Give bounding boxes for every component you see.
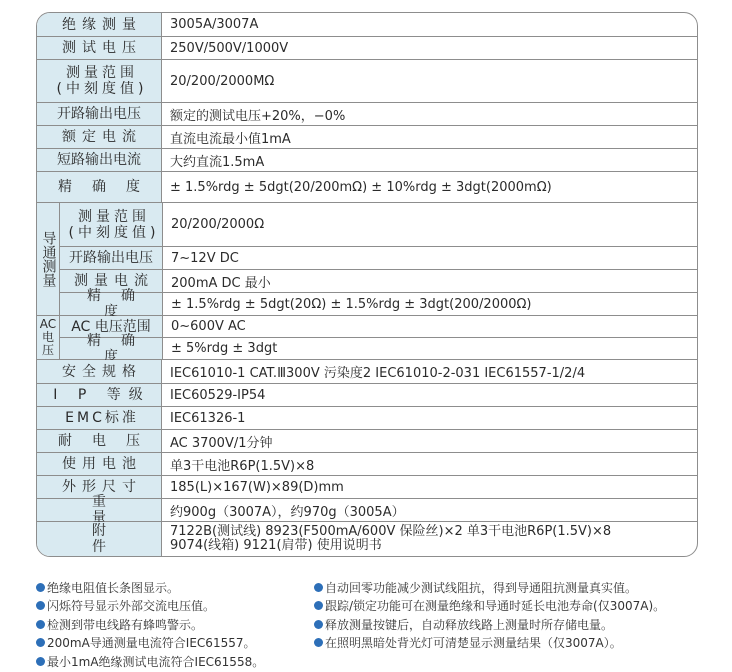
feature-item: 跟踪/锁定功能可在测量绝缘和导通时延长电池寿命(仅3007A)。 — [314, 597, 665, 616]
spec-value: 大约直流1.5mA — [162, 149, 697, 171]
spec-label: 绝缘测量 — [37, 13, 162, 36]
spec-label: 重量 — [37, 499, 162, 521]
continuity-group-rows: 测量范围 (中刻度值) 20/200/2000Ω 开路输出电压 7~12V DC… — [60, 203, 697, 315]
spec-value: 单3干电池R6P(1.5V)×8 — [162, 453, 697, 475]
spec-label: 耐电压 — [37, 430, 162, 452]
continuity-group-label: 导通测量 — [37, 203, 60, 315]
feature-item: 闪烁符号显示外部交流电压值。 — [36, 597, 264, 616]
feature-item: 最小1mA绝缘测试电流符合IEC61558。 — [36, 652, 264, 671]
spec-row-open-voltage: 开路输出电压 额定的测试电压+20%，−0% — [37, 102, 697, 125]
spec-row-test-voltage: 测试电压 250V/500V/1000V — [37, 36, 697, 59]
feature-item: 200mA导通测量电流符合IEC61557。 — [36, 634, 264, 653]
feature-text: 跟踪/锁定功能可在测量绝缘和导通时延长电池寿命(仅3007A)。 — [325, 597, 665, 614]
spec-value: 250V/500V/1000V — [162, 37, 697, 59]
spec-row-ac-accuracy: 精确度 ± 5%rdg ± 3dgt — [60, 337, 697, 359]
spec-label: 使用电池 — [37, 453, 162, 475]
bullet-dot-icon — [36, 638, 45, 647]
spec-value: 3005A/3007A — [162, 13, 697, 36]
feature-item: 自动回零功能减少测试线阻抗，得到导通阻抗测量真实值。 — [314, 578, 665, 597]
feature-item: 释放测量按键后，自动释放线路上测量时所存储电量。 — [314, 615, 665, 634]
bullet-dot-icon — [314, 620, 323, 629]
spec-value-line1: 7122B(测试线) 8923(F500mA/600V 保险丝)×2 单3干电池… — [170, 525, 611, 539]
spec-value: ± 1.5%rdg ± 5dgt(20/200mΩ) ± 10%rdg ± 3d… — [162, 172, 697, 202]
spec-label-line2: (中刻度值) — [69, 225, 160, 241]
spec-label: 额定电流 — [37, 126, 162, 148]
spec-row-range: 测量范围 (中刻度值) 20/200/2000MΩ — [37, 59, 697, 102]
feature-text: 200mA导通测量电流符合IEC61557。 — [47, 634, 255, 651]
feature-text: 绝缘电阻值长条图显示。 — [47, 579, 179, 596]
spec-row-short-current: 短路输出电流 大约直流1.5mA — [37, 148, 697, 171]
spec-row-cont-accuracy: 精确度 ± 1.5%rdg ± 5dgt(20Ω) ± 1.5%rdg ± 3d… — [60, 292, 697, 315]
spec-row-rated-current: 额定电流 直流电流最小值1mA — [37, 125, 697, 148]
spec-row-battery: 使用电池 单3干电池R6P(1.5V)×8 — [37, 452, 697, 475]
spec-row-accessories: 附件 7122B(测试线) 8923(F500mA/600V 保险丝)×2 单3… — [37, 521, 697, 556]
spec-value: 185(L)×167(W)×89(D)mm — [162, 476, 697, 498]
feature-list-left: 绝缘电阻值长条图显示。 闪烁符号显示外部交流电压值。 检测到带电线路有蜂鸣警示。… — [36, 578, 264, 671]
spec-table: 绝缘测量 3005A/3007A 测试电压 250V/500V/1000V 测量… — [36, 12, 698, 557]
spec-value: ± 5%rdg ± 3dgt — [163, 338, 697, 359]
spec-label: 精确度 — [37, 172, 162, 202]
spec-row-accuracy: 精确度 ± 1.5%rdg ± 5dgt(20/200mΩ) ± 10%rdg … — [37, 171, 697, 202]
spec-value: 20/200/2000MΩ — [162, 60, 697, 102]
spec-row-cont-range: 测量范围 (中刻度值) 20/200/2000Ω — [60, 203, 697, 246]
feature-item: 检测到带电线路有蜂鸣警示。 — [36, 615, 264, 634]
feature-text: 检测到带电线路有蜂鸣警示。 — [47, 616, 203, 633]
spec-label: 精确度 — [60, 338, 163, 359]
spec-label: 测量范围 (中刻度值) — [60, 203, 163, 246]
spec-label: 安全规格 — [37, 360, 162, 383]
spec-label: I P 等级 — [37, 384, 162, 406]
feature-text: 在照明黑暗处背光灯可清楚显示测量结果（仅3007A）。 — [325, 634, 622, 651]
spec-label-line2: (中刻度值) — [57, 81, 148, 97]
spec-label: 测量范围 (中刻度值) — [37, 60, 162, 102]
bullet-dot-icon — [314, 638, 323, 647]
spec-row-safety: 安全规格 IEC61010-1 CAT.Ⅲ300V 污染度2 IEC61010-… — [37, 359, 697, 383]
bullet-dot-icon — [36, 620, 45, 629]
spec-label: 短路输出电流 — [37, 149, 162, 171]
spec-value-line2: 9074(线箱) 9121(肩带) 使用说明书 — [170, 539, 382, 553]
ac-group-label: AC 电 压 — [37, 316, 60, 359]
spec-row-emc: EMC标准 IEC61326-1 — [37, 406, 697, 429]
spec-value: AC 3700V/1分钟 — [162, 430, 697, 452]
spec-value: ± 1.5%rdg ± 5dgt(20Ω) ± 1.5%rdg ± 3dgt(2… — [163, 293, 697, 315]
spec-label-line1: 测量范围 — [78, 209, 150, 225]
spec-value: 0~600V AC — [163, 316, 697, 337]
bullet-dot-icon — [314, 583, 323, 592]
spec-row-withstand: 耐电压 AC 3700V/1分钟 — [37, 429, 697, 452]
spec-value: 20/200/2000Ω — [163, 203, 697, 246]
spec-value: 7122B(测试线) 8923(F500mA/600V 保险丝)×2 单3干电池… — [162, 522, 697, 556]
feature-item: 绝缘电阻值长条图显示。 — [36, 578, 264, 597]
bullet-dot-icon — [36, 601, 45, 610]
ac-group: AC 电 压 AC 电压范围 0~600V AC 精确度 ± 5%rdg ± 3… — [37, 315, 697, 359]
feature-text: 闪烁符号显示外部交流电压值。 — [47, 597, 215, 614]
spec-label: 附件 — [37, 522, 162, 556]
spec-label: 精确度 — [60, 293, 163, 315]
spec-row-ip: I P 等级 IEC60529-IP54 — [37, 383, 697, 406]
feature-text: 最小1mA绝缘测试电流符合IEC61558。 — [47, 653, 264, 670]
spec-row-insulation: 绝缘测量 3005A/3007A — [37, 13, 697, 36]
spec-value: 约900g（3007A），约970g（3005A） — [162, 499, 697, 521]
bullet-dot-icon — [36, 657, 45, 666]
continuity-group: 导通测量 测量范围 (中刻度值) 20/200/2000Ω 开路输出电压 7~1… — [37, 202, 697, 315]
spec-label: EMC标准 — [37, 407, 162, 429]
spec-row-weight: 重量 约900g（3007A），约970g（3005A） — [37, 498, 697, 521]
feature-list-right: 自动回零功能减少测试线阻抗，得到导通阻抗测量真实值。 跟踪/锁定功能可在测量绝缘… — [314, 578, 665, 652]
feature-item: 在照明黑暗处背光灯可清楚显示测量结果（仅3007A）。 — [314, 634, 665, 653]
spec-label: 测试电压 — [37, 37, 162, 59]
spec-value: 200mA DC 最小 — [163, 270, 697, 292]
spec-value: IEC60529-IP54 — [162, 384, 697, 406]
bullet-dot-icon — [314, 601, 323, 610]
feature-text: 释放测量按键后，自动释放线路上测量时所存储电量。 — [325, 616, 613, 633]
ac-group-label-line3: 压 — [42, 344, 54, 357]
spec-value: IEC61010-1 CAT.Ⅲ300V 污染度2 IEC61010-2-031… — [162, 360, 697, 383]
feature-text: 自动回零功能减少测试线阻抗，得到导通阻抗测量真实值。 — [325, 579, 637, 596]
spec-value: 直流电流最小值1mA — [162, 126, 697, 148]
spec-label-line1: 测量范围 — [66, 65, 138, 81]
ac-group-rows: AC 电压范围 0~600V AC 精确度 ± 5%rdg ± 3dgt — [60, 316, 697, 359]
spec-value: 7~12V DC — [163, 247, 697, 269]
spec-row-cont-open-voltage: 开路输出电压 7~12V DC — [60, 246, 697, 269]
spec-value: IEC61326-1 — [162, 407, 697, 429]
spec-value: 额定的测试电压+20%，−0% — [162, 103, 697, 125]
spec-label: 开路输出电压 — [37, 103, 162, 125]
bullet-dot-icon — [36, 583, 45, 592]
spec-label: 开路输出电压 — [60, 247, 163, 269]
